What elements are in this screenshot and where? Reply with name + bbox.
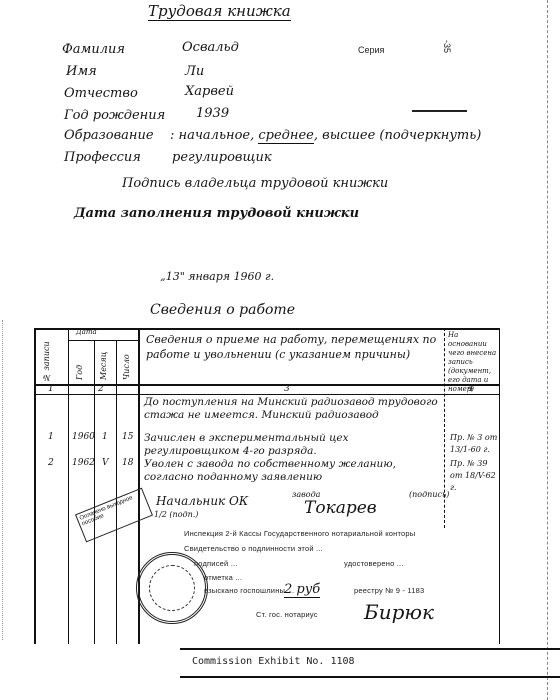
notary-line-2: Свидетельство о подлинности этой ...: [184, 544, 323, 553]
field-label-name: Имя: [66, 64, 97, 79]
dash-mark: [412, 110, 467, 112]
col-number-4: 4: [468, 384, 474, 394]
col-number-3: 3: [284, 384, 290, 394]
notary-line-5: отметка ...: [204, 573, 242, 582]
notary-line-1: Инспекция 2-й Кассы Государственного нот…: [184, 529, 415, 538]
series-label: Серия: [358, 45, 384, 55]
education-options: : начальное, среднее, высшее (подчеркнут…: [170, 128, 481, 143]
notary-line-6: взыскано госпошлины ...: [204, 586, 294, 595]
field-label-patronymic: Отчество: [64, 86, 138, 101]
profession-value: регулировщик: [172, 150, 272, 165]
col-header-date: Дата: [76, 328, 97, 336]
row-1-year: 1960: [72, 432, 95, 442]
row-1-basis: Пр. № 3 от 13/1-60 г.: [450, 432, 498, 456]
exhibit-label: Commission Exhibit No. 1108: [192, 656, 355, 667]
col-header-day: Число: [122, 346, 131, 380]
row-1-number: 1: [48, 432, 54, 442]
notary-line-4: удостоверено ...: [344, 559, 404, 568]
profession-label: Профессия: [64, 150, 141, 165]
section-title: Сведения о работе: [150, 302, 295, 318]
row-2-day: 18: [122, 458, 133, 468]
col-header-month: Месяц: [99, 346, 108, 380]
row-2-month: V: [102, 458, 109, 468]
document-title: Трудовая книжка: [148, 2, 291, 21]
row-1-month: 1: [102, 432, 108, 442]
notary-signature: Бирюк: [364, 600, 434, 624]
education-option-higher: , высшее (подчеркнуть): [314, 128, 482, 143]
employment-table: № записи Дата Год Месяц Число Сведения о…: [34, 328, 499, 644]
field-label-surname: Фамилия: [62, 42, 125, 57]
pre-employment-note: До поступления на Минский радиозавод тру…: [144, 396, 444, 422]
fee-value: 2 руб: [284, 582, 320, 598]
series-number: -35: [442, 40, 452, 53]
row-2-info: Уволен с завода по собственному желанию,…: [144, 458, 444, 484]
row-1-info: Зачислен в экспериментальный цех регулир…: [144, 432, 444, 458]
notary-line-8: Ст. гос. нотариус: [256, 610, 318, 619]
page-edge: [547, 0, 548, 700]
owner-signature-line: Подпись владельца трудовой книжки: [122, 176, 388, 191]
fill-date-value: „13" января 1960 г.: [160, 270, 274, 283]
signoff-title: Начальник ОК: [156, 494, 248, 508]
education-option-secondary-selected: среднее: [258, 128, 314, 144]
col-number-2: 2: [98, 384, 104, 394]
education-label: Образование: [64, 128, 154, 143]
field-label-birth-year: Год рождения: [64, 108, 165, 123]
field-value-patronymic: Харвей: [185, 84, 234, 99]
row-2-year: 1962: [72, 458, 95, 468]
signoff-sub: 1/2 (подп.): [154, 510, 198, 519]
row-2-number: 2: [48, 458, 54, 468]
col-number-1: 1: [48, 384, 54, 394]
row-2-basis: Пр. № 39 от 18/V-62 г.: [450, 458, 498, 494]
signoff-note: (подпись): [409, 490, 449, 499]
fill-date-label: Дата заполнения трудовой книжки: [74, 206, 359, 221]
col-header-entry-number: № записи: [42, 336, 51, 382]
education-option-primary: : начальное,: [170, 128, 254, 143]
field-value-birth-year: 1939: [196, 106, 229, 121]
notary-line-7: реестру № 9 - 1183: [354, 586, 424, 595]
col-header-info: Сведения о приеме на работу, перемещения…: [146, 332, 438, 362]
field-value-surname: Освальд: [182, 40, 239, 55]
left-margin-edge: [2, 320, 3, 640]
col-header-year: Год: [75, 346, 84, 380]
field-value-name: Ли: [185, 64, 204, 79]
row-1-day: 15: [122, 432, 133, 442]
notary-seal: [136, 552, 208, 624]
signoff-signature: Токарев: [304, 498, 377, 518]
